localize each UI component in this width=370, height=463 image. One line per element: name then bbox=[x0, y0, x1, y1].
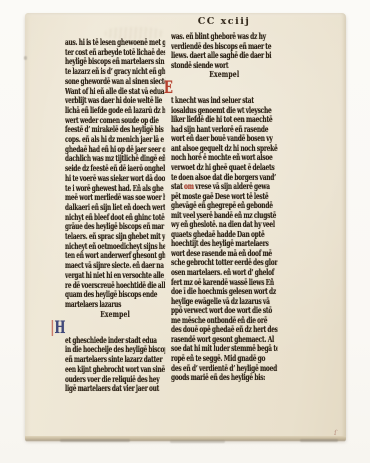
right-exempel-paragraph: E t knecht was ind seluer statiosaldus g… bbox=[171, 80, 278, 182]
text-line: lichā eñ liefde gode eñ lazarū dz hi bbox=[65, 106, 165, 116]
text-line: verblijt was daer hi doie weltē lie bbox=[65, 96, 165, 106]
text-line: cops. eñ als hi dz menich jaer lā e bbox=[65, 135, 165, 145]
text-line: ten eñ wort anderwerf ghesont ghe bbox=[65, 251, 165, 261]
text-line: wy eñ gheslotē. na dien dat hy veel bbox=[171, 220, 278, 230]
text-line: doe ī die hoechmis gelesen wort dz bbox=[171, 287, 278, 297]
text-line: ter cost eñ arbeyde totē lichaē des bbox=[65, 48, 165, 58]
right-text-column: was. eñ blint gheborē was dz hyverdiendē… bbox=[171, 32, 278, 383]
text-line: liker liefdē die hi tot een maechtē bbox=[171, 115, 278, 125]
text-line: nicheyt eñ oetmoedicheyt sijns her bbox=[65, 242, 165, 252]
right-column-tail: pēt moste gaē Dese wort tē lestēghevāgē … bbox=[171, 192, 278, 383]
rubric-pre: stat bbox=[171, 182, 184, 191]
text-line: iosaldus genoemt die wt vleysche bbox=[171, 106, 278, 116]
left-exempel-paragraph: H et gheschiede inder stadt eduain die h… bbox=[65, 320, 165, 394]
text-line: heylige ewāgelie vā dz lazarus vā bbox=[171, 297, 278, 307]
text-line: des douē opē ghedaē eñ dz hert des bbox=[171, 325, 278, 335]
text-line: pēt moste gaē Dese wort tē lestē bbox=[171, 192, 278, 202]
text-line: noch horē ē mochte eñ wort alsoe bbox=[171, 153, 278, 163]
text-line: ppō verwect wort doe wort die stō bbox=[171, 306, 278, 316]
right-paragraph-lines: t knecht was ind seluer statiosaldus gen… bbox=[171, 80, 278, 182]
dust-speck bbox=[24, 56, 27, 60]
text-line: seide dz feestē eñ dē iaerō onghelijc bbox=[65, 164, 165, 174]
text-line: goods mariē eñ des heyligē bis: bbox=[171, 373, 278, 383]
text-line: hoechtijt des heyligē martelaers bbox=[171, 239, 278, 249]
text-line: sche gebrocht totter eerdē des glori bbox=[171, 258, 278, 268]
text-line: mit veel yserē bandē eñ mz clugstē bbox=[171, 211, 278, 221]
left-column-body: aus. hi is tē lesen ghewoenē met groter … bbox=[65, 38, 165, 300]
text-line: wort dese rasende mā eñ doof mē bbox=[171, 249, 278, 259]
text-line: ghedaē had eñ hi op dē jaer seer ont bbox=[65, 145, 165, 155]
text-line: me mēsche ontbondē eñ die orē bbox=[171, 316, 278, 326]
text-line: maect vā sijnre siecte. eñ daer na t’ bbox=[65, 261, 165, 271]
lombard-initial-h: H bbox=[52, 320, 66, 336]
text-line: fert mz oē karendē wassē liews Eñ bbox=[171, 278, 278, 288]
text-line: hi te voerē was sieker wort dā doof bbox=[65, 174, 165, 184]
exempel-heading-right: Exempel bbox=[171, 70, 278, 80]
text-line: had sijn hant verlorē eñ rasende bbox=[171, 125, 278, 135]
text-line: wort eñ daer bouē vandē bosen vy bbox=[171, 134, 278, 144]
lombard-initial-e: E bbox=[164, 80, 173, 96]
left-paragraph-lines: et gheschiede inder stadt eduain die hoe… bbox=[65, 320, 165, 394]
text-line: vergat hi niet hi en versochte alle ja bbox=[65, 271, 165, 281]
text-line: in die hoecheije des heyligē biscops bbox=[65, 345, 165, 355]
text-line: verwoet dz hi gheē quaet ē delaets bbox=[171, 163, 278, 173]
exempel-heading-left: Exempel bbox=[65, 310, 165, 320]
text-line: martelaers lazarus bbox=[65, 300, 137, 310]
text-line: verdiendē des biscops eñ maer te bbox=[171, 42, 278, 52]
text-line: eñ martelaers sinte lazarz datter bbox=[65, 355, 165, 365]
text-line: quam des heyligē biscops ende bbox=[65, 290, 165, 300]
text-line: feestē d’ mirakelē des heyligē bis bbox=[65, 125, 165, 135]
text-line: stondē siende wort bbox=[171, 61, 248, 71]
photo-backdrop: ſ CC xciij aus. hi is tē lesen ghewoenē … bbox=[0, 0, 370, 463]
text-line: Want of hi eñ alle die stat vā edua bbox=[65, 87, 165, 97]
text-line: telaers. eñ sprac sijn ghebet mit yn bbox=[65, 232, 165, 242]
text-line: wert weder comen soude op die bbox=[65, 116, 165, 126]
text-line: dalkaeri eñ sijn liet eñ doech wert bbox=[65, 203, 165, 213]
text-line: et gheschiede inder stadt edua bbox=[65, 336, 165, 346]
text-line: re dē voerscreuē hoechtidē die alle bbox=[65, 281, 165, 291]
text-line: te doen alsoe dat die borgers vand’ bbox=[171, 173, 278, 183]
text-line: ligē martelaers dat vier jaer out bbox=[65, 384, 165, 394]
text-line: quaets ghedaē hadde Dan optē bbox=[171, 230, 278, 240]
right-column-top: was. eñ blint gheborē was dz hyverdiendē… bbox=[171, 32, 278, 61]
text-line: ropē eñ te seggē. Mid gnadē go bbox=[171, 354, 278, 364]
text-line: een kijnt ghebrocht wort van sinē bbox=[65, 365, 165, 375]
rubricated-line: stat om vrese vā sijn alderē gewa bbox=[171, 182, 278, 192]
edge-smudge bbox=[300, 439, 338, 442]
text-line: sone ghewordē wan al sinen siectē bbox=[65, 77, 165, 87]
rubricated-word: om bbox=[184, 182, 194, 191]
text-line: heyligē biscops eñ martelaers sin bbox=[65, 57, 165, 67]
text-line: te i worē ghewest had. Eñ als ghe bbox=[65, 184, 165, 194]
text-line: nichyt eñ bleef doot eñ ghinc totē bbox=[65, 213, 165, 223]
text-line: te lazarz eñ is d’ gracy nicht eñ ghe bbox=[65, 67, 165, 77]
edge-smudge bbox=[60, 439, 130, 442]
text-line: t knecht was ind seluer stat bbox=[171, 96, 278, 106]
text-line: ghevāgē eñ ghegrepē eñ gebondē bbox=[171, 201, 278, 211]
left-text-column: aus. hi is tē lesen ghewoenē met groter … bbox=[65, 38, 165, 394]
rubric-post: vrese vā sijn alderē gewa bbox=[194, 182, 270, 191]
text-line: des eñ d’ verdientē d’ heyligē moed’ bbox=[171, 364, 278, 374]
edge-smudge bbox=[170, 440, 225, 443]
folio-number: CC xciij bbox=[171, 16, 277, 27]
text-line: grāue des heyligē biscops eñ mar bbox=[65, 222, 165, 232]
text-line: osen martelaers. eñ wort d’ ghelof bbox=[171, 268, 278, 278]
text-line: liews. daert alle saghē die daer bi bbox=[171, 51, 278, 61]
text-line: soe dat hi mit luder stemmē begā te bbox=[171, 344, 278, 354]
text-line: was. eñ blint gheborē was dz hy bbox=[171, 32, 278, 42]
text-line: aus. hi is tē lesen ghewoenē met gro bbox=[65, 38, 165, 48]
text-line: ouders voer die reliquiē des hey bbox=[65, 375, 165, 385]
text-line: dachlich was mz tijtlichē dingē eñ bbox=[65, 154, 165, 164]
text-line: rasendē wort gesont ghemaect. Al bbox=[171, 335, 278, 345]
text-line: meē wort merliedē was soe woer hi bbox=[65, 193, 165, 203]
text-line: ant alsoe gequelt dz hi noch sprekē bbox=[171, 144, 278, 154]
